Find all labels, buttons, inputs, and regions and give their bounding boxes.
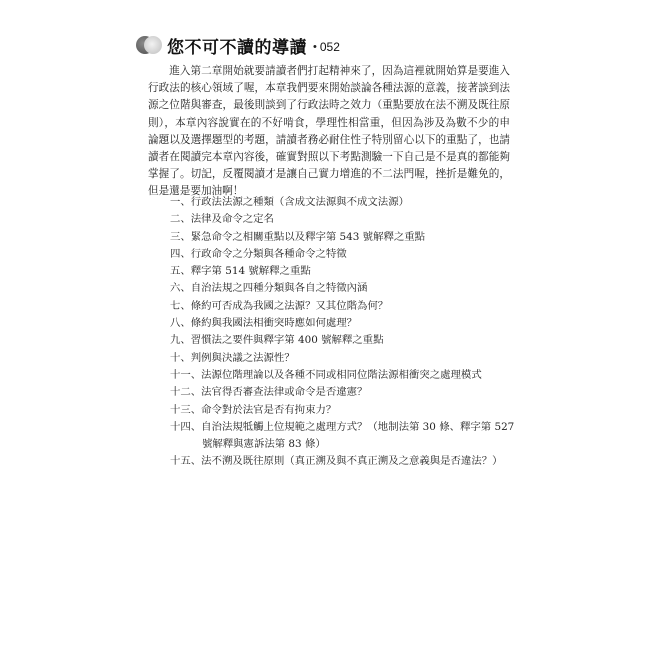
list-item: 十二、法官得否審查法律或命令是否違憲？ [170, 384, 515, 401]
intro-paragraph: 進入第二章開始就要請讀者們打起精神來了，因為這裡就開始算是要進入行政法的核心領域… [148, 63, 510, 201]
page-header: 您不可不讀的導讀 • 052 [136, 34, 340, 56]
list-item: 二、法律及命令之定名 [170, 211, 515, 228]
list-item: 六、自治法規之四種分類與各自之特徵內涵 [170, 280, 515, 297]
intro-paragraph-block: 進入第二章開始就要請讀者們打起精神來了，因為這裡就開始算是要進入行政法的核心領域… [148, 63, 510, 201]
list-item: 一、行政法法源之種類（含成文法源與不成文法源） [170, 194, 515, 211]
list-item: 九、習慣法之要件與釋字第 400 號解釋之重點 [170, 332, 515, 349]
list-item: 十五、法不溯及既往原則（真正溯及與不真正溯及之意義與是否違法？） [170, 453, 515, 470]
list-item: 四、行政命令之分類與各種命令之特徵 [170, 246, 515, 263]
page-number: 052 [320, 40, 340, 54]
list-item: 七、條約可否成為我國之法源？又其位階為何？ [170, 298, 515, 315]
list-item-continuation: 號解釋與憲訴法第 83 條） [170, 436, 515, 453]
section-title: 您不可不讀的導讀 [167, 33, 307, 58]
list-item: 三、緊急命令之相關重點以及釋字第 543 號解釋之重點 [170, 229, 515, 246]
list-item: 五、釋字第 514 號解釋之重點 [170, 263, 515, 280]
list-item: 十一、法源位階理論以及各種不同或相同位階法源相衝突之處理模式 [170, 367, 515, 384]
list-item: 十、判例與決議之法源性？ [170, 350, 515, 367]
key-points-list: 一、行政法法源之種類（含成文法源與不成文法源） 二、法律及命令之定名 三、緊急命… [170, 194, 515, 471]
circles-icon [136, 36, 162, 54]
list-item: 八、條約與我國法相衝突時應如何處理？ [170, 315, 515, 332]
list-item: 十三、命令對於法官是否有拘束力？ [170, 402, 515, 419]
list-item: 十四、自治法規牴觸上位規範之處理方式？（地制法第 30 條、釋字第 527 [170, 419, 515, 436]
bullet-icon: • [313, 41, 317, 53]
